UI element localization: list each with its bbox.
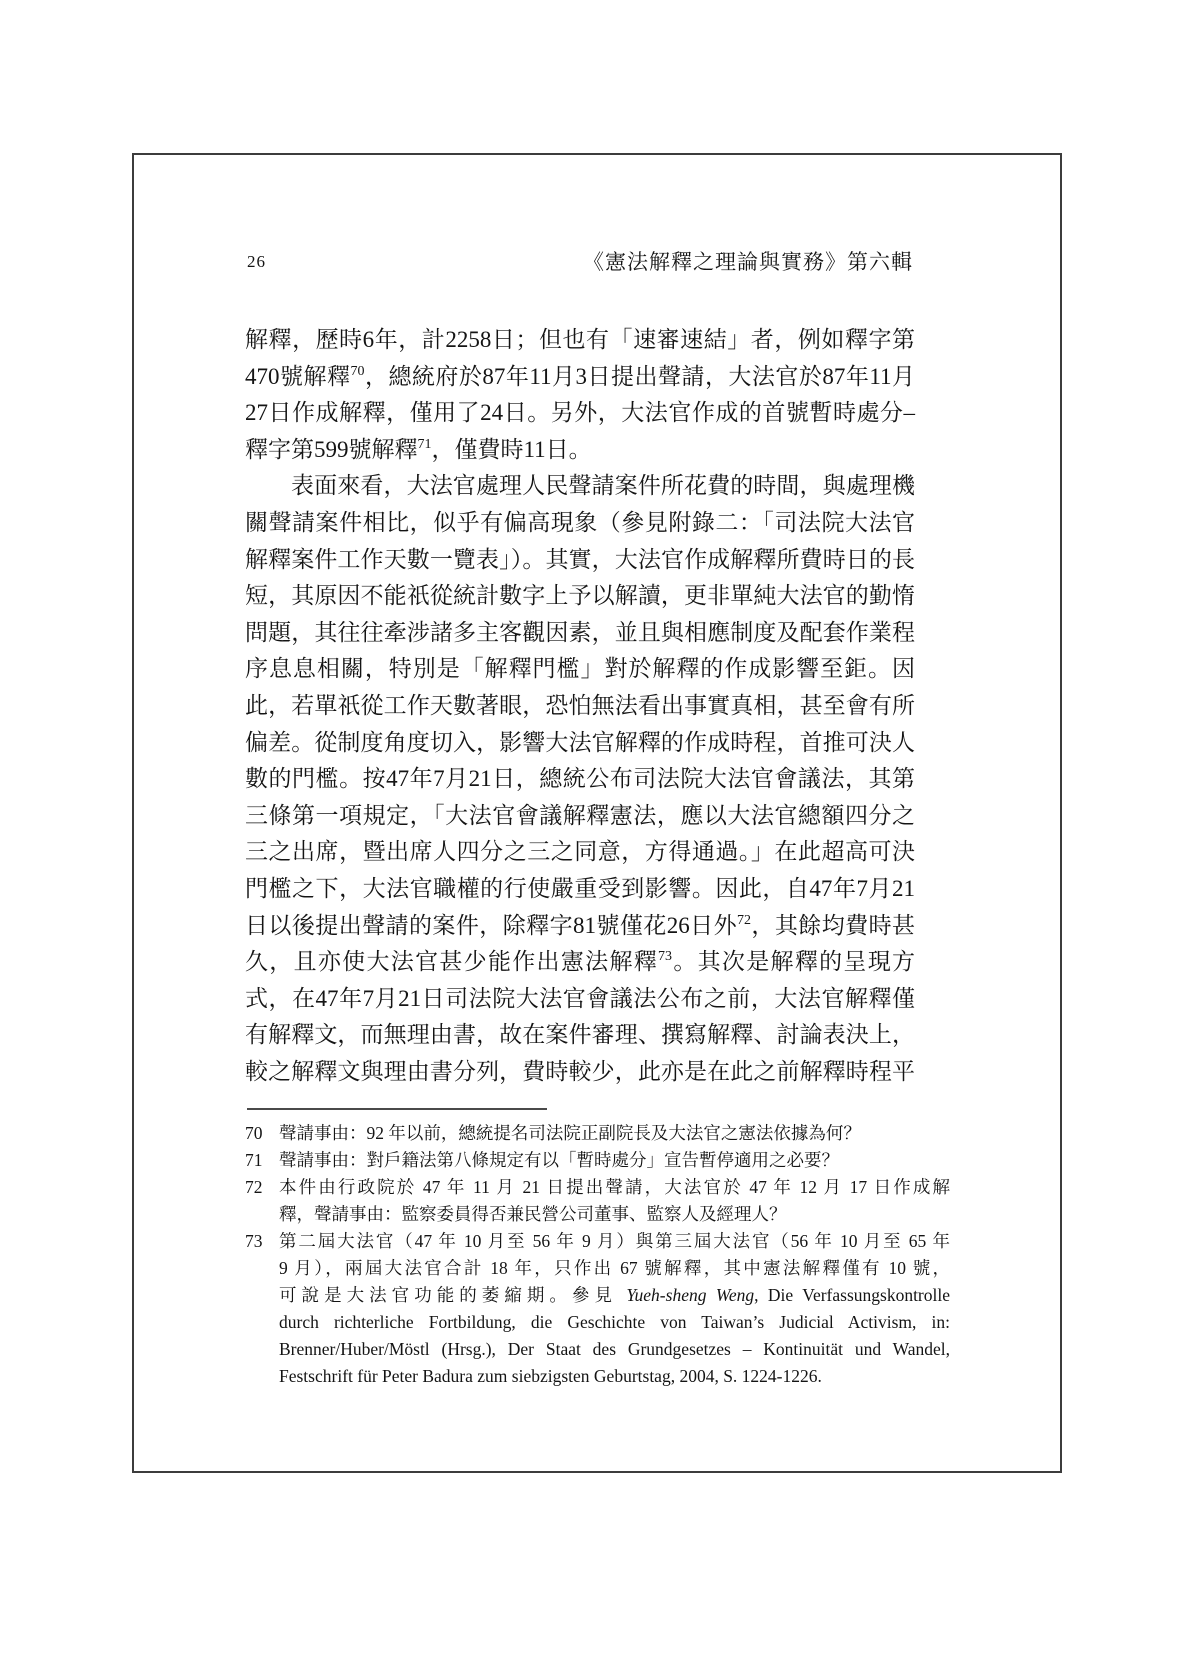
- text-line: 解釋案件工作天數一覽表」）。其實，大法官作成解釋所費時日的長: [245, 542, 915, 579]
- text-line: 短，其原因不能祇從統計數字上予以解讀，更非單純大法官的勤惰: [245, 578, 915, 615]
- text-line: Festschrift für Peter Badura zum siebzig…: [279, 1363, 950, 1390]
- text-line: 第二屆大法官（47 年 10 月至 56 年 9 月）與第三屆大法官（56 年 …: [279, 1228, 950, 1255]
- footnote: 72本件由行政院於 47 年 11 月 21 日提出聲請，大法官於 47 年 1…: [245, 1174, 950, 1228]
- text-line: 釋字第599號解釋71，僅費時11日。: [245, 432, 915, 469]
- text-line: durch richterliche Fortbildung, die Gesc…: [279, 1309, 950, 1336]
- text-line: 聲請事由：92 年以前，總統提名司法院正副院長及大法官之憲法依據為何？: [279, 1120, 950, 1147]
- footnote-ref: 72: [737, 913, 751, 928]
- footnote: 73第二屆大法官（47 年 10 月至 56 年 9 月）與第三屆大法官（56 …: [245, 1228, 950, 1390]
- footnote: 71聲請事由：對戶籍法第八條規定有以「暫時處分」宣告暫停適用之必要？: [245, 1147, 950, 1174]
- text-line: 9 月），兩屆大法官合計 18 年，只作出 67 號解釋，其中憲法解釋僅有 10…: [279, 1255, 950, 1282]
- footnote: 70聲請事由：92 年以前，總統提名司法院正副院長及大法官之憲法依據為何？: [245, 1120, 950, 1147]
- text-line: 門檻之下，大法官職權的行使嚴重受到影響。因此，自47年7月21: [245, 871, 915, 908]
- footnote-number: 71: [245, 1147, 263, 1174]
- text-line: 470號解釋70，總統府於87年11月3日提出聲請，大法官於87年11月: [245, 359, 915, 396]
- text-line: 式，在47年7月21日司法院大法官會議法公布之前，大法官解釋僅: [245, 981, 915, 1018]
- text-line: 本件由行政院於 47 年 11 月 21 日提出聲請，大法官於 47 年 12 …: [279, 1174, 950, 1201]
- footnote-number: 72: [245, 1174, 263, 1201]
- text-line: 序息息相關，特別是「解釋門檻」對於解釋的作成影響至鉅。因: [245, 651, 915, 688]
- footnote-ref: 71: [418, 437, 432, 452]
- footnote-number: 70: [245, 1120, 263, 1147]
- text-line: 有解釋文，而無理由書，故在案件審理、撰寫解釋、討論表決上，: [245, 1017, 915, 1054]
- text-line: 偏差。從制度角度切入，影響大法官解釋的作成時程，首推可決人: [245, 725, 915, 762]
- text-line: 聲請事由：對戶籍法第八條規定有以「暫時處分」宣告暫停適用之必要？: [279, 1147, 950, 1174]
- body-text: 解釋，歷時6年，計2258日；但也有「速審速結」者，例如釋字第470號解釋70，…: [245, 322, 915, 1090]
- text-line: 三條第一項規定，「大法官會議解釋憲法，應以大法官總額四分之: [245, 798, 915, 835]
- text-line: 較之解釋文與理由書分列，費時較少，此亦是在此之前解釋時程平: [245, 1054, 915, 1091]
- text-line: 日以後提出聲請的案件，除釋字81號僅花26日外72，其餘均費時甚: [245, 908, 915, 945]
- text-line: 可說是大法官功能的萎縮期。參見 Yueh-sheng Weng, Die Ver…: [279, 1282, 950, 1309]
- text-line: 此，若單祇從工作天數著眼，恐怕無法看出事實真相，甚至會有所: [245, 688, 915, 725]
- footnote-ref: 73: [658, 949, 672, 964]
- footnote-ref: 70: [350, 364, 364, 379]
- page-number: 26: [247, 252, 266, 272]
- text-line: 表面來看，大法官處理人民聲請案件所花費的時間，與處理機: [245, 468, 915, 505]
- page-header: 26 《憲法解釋之理論與實務》第六輯: [245, 246, 913, 278]
- italic-text: Yueh-sheng Weng: [626, 1285, 754, 1305]
- text-line: Brenner/Huber/Möstl (Hrsg.), Der Staat d…: [279, 1336, 950, 1363]
- paragraph: 解釋，歷時6年，計2258日；但也有「速審速結」者，例如釋字第470號解釋70，…: [245, 322, 915, 468]
- text-line: 問題，其往往牽涉諸多主客觀因素，並且與相應制度及配套作業程: [245, 615, 915, 652]
- text-line: 解釋，歷時6年，計2258日；但也有「速審速結」者，例如釋字第: [245, 322, 915, 359]
- text-line: 27日作成解釋，僅用了24日。另外，大法官作成的首號暫時處分–: [245, 395, 915, 432]
- text-line: 數的門檻。按47年7月21日，總統公布司法院大法官會議法，其第: [245, 761, 915, 798]
- footnote-list: 70聲請事由：92 年以前，總統提名司法院正副院長及大法官之憲法依據為何？71聲…: [245, 1120, 950, 1390]
- text-line: 關聲請案件相比，似乎有偏高現象（參見附錄二：「司法院大法官: [245, 505, 915, 542]
- text-line: 久，且亦使大法官甚少能作出憲法解釋73。其次是解釋的呈現方: [245, 944, 915, 981]
- running-header-title: 《憲法解釋之理論與實務》第六輯: [583, 246, 913, 276]
- footnote-separator: [247, 1108, 547, 1110]
- text-line: 三之出席，暨出席人四分之三之同意，方得通過。」在此超高可決: [245, 834, 915, 871]
- text-line: 釋，聲請事由：監察委員得否兼民營公司董事、監察人及經理人？: [279, 1201, 950, 1228]
- paragraph: 表面來看，大法官處理人民聲請案件所花費的時間，與處理機關聲請案件相比，似乎有偏高…: [245, 468, 915, 1090]
- footnote-number: 73: [245, 1228, 263, 1255]
